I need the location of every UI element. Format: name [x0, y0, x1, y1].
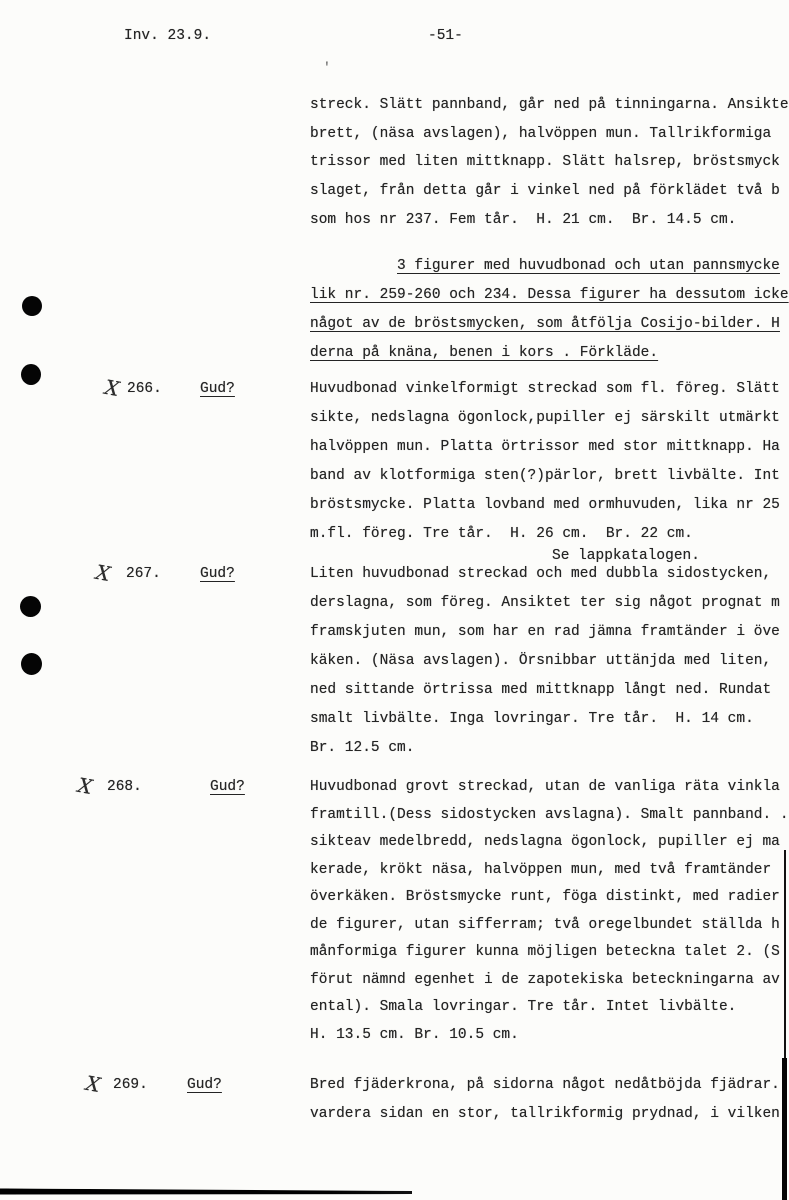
- text-line: förut nämnd egenhet i de zapotekiska bet…: [310, 972, 789, 1000]
- entry-label: Gud?: [210, 779, 245, 795]
- text-line: framtill.(Dess sidostycken avslagna). Sm…: [310, 807, 789, 835]
- punch-hole-dot: [21, 653, 42, 675]
- handwritten-x-mark: X: [94, 560, 112, 586]
- text-line: brett, (näsa avslagen), halvöppen mun. T…: [310, 126, 789, 155]
- text-line: månformiga figurer kunna möjligen beteck…: [310, 944, 789, 972]
- text-line: framskjuten mun, som har en rad jämna fr…: [310, 624, 789, 653]
- text-line: vardera sidan en stor, tallrikformig pry…: [310, 1106, 789, 1135]
- entry-label: Gud?: [200, 566, 235, 582]
- page-number: -51-: [428, 28, 463, 44]
- text-line: Bred fjäderkrona, på sidorna något nedåt…: [310, 1077, 789, 1106]
- text-line: sikte, nedslagna ögonlock,pupiller ej sä…: [310, 410, 789, 439]
- entry-266-catalog-note: Se lappkatalogen.: [552, 548, 700, 564]
- text-line: ental). Smala lovringar. Tre tår. Intet …: [310, 999, 789, 1027]
- entry-label: Gud?: [200, 381, 235, 397]
- document-page: Inv. 23.9. -51- ' streck. Slätt pannband…: [0, 0, 789, 1200]
- entry-266-text: Huvudbonad vinkelformigt streckad som fl…: [310, 381, 789, 555]
- text-line: kerade, krökt näsa, halvöppen mun, med t…: [310, 862, 789, 890]
- text-line: m.fl. föreg. Tre tår. H. 26 cm. Br. 22 c…: [310, 526, 789, 555]
- text-line: något av de bröstsmycken, som åtfölja Co…: [310, 316, 789, 345]
- handwritten-x-mark: X: [103, 375, 121, 401]
- entry-267-text: Liten huvudbonad streckad och med dubbla…: [310, 566, 789, 769]
- paragraph-continuation: streck. Slätt pannband, går ned på tinni…: [310, 97, 789, 240]
- text-line: 3 figurer med huvudbonad och utan pannsm…: [310, 258, 789, 287]
- text-line: ned sittande örtrissa med mittknapp lång…: [310, 682, 789, 711]
- entry-label: Gud?: [187, 1077, 222, 1093]
- text-line: band av klotformiga sten(?)pärlor, brett…: [310, 468, 789, 497]
- scan-edge-right: [784, 850, 786, 1065]
- text-line: derna på knäna, benen i kors . Förkläde.: [310, 345, 789, 374]
- text-line: Liten huvudbonad streckad och med dubbla…: [310, 566, 789, 595]
- text-line: lik nr. 259-260 och 234. Dessa figurer h…: [310, 287, 789, 316]
- text-line: smalt livbälte. Inga lovringar. Tre tår.…: [310, 711, 789, 740]
- entry-row-266: X 266. Gud?: [0, 381, 310, 411]
- entry-number: 267.: [126, 566, 161, 582]
- entry-number: 268.: [107, 779, 142, 795]
- text-line: de figurer, utan sifferram; två oregelbu…: [310, 917, 789, 945]
- entry-row-267: X 267. Gud?: [0, 566, 310, 596]
- entry-number: 266.: [127, 381, 162, 397]
- text-line: derslagna, som föreg. Ansiktet ter sig n…: [310, 595, 789, 624]
- text-line: streck. Slätt pannband, går ned på tinni…: [310, 97, 789, 126]
- text-line: slaget, från detta går i vinkel ned på f…: [310, 183, 789, 212]
- entry-269-text: Bred fjäderkrona, på sidorna något nedåt…: [310, 1077, 789, 1135]
- scan-edge-right: [782, 1058, 787, 1200]
- text-line: överkäken. Bröstsmycke runt, föga distin…: [310, 889, 789, 917]
- paragraph-group-note-underlined: 3 figurer med huvudbonad och utan pannsm…: [310, 258, 789, 374]
- text-line: sikteav medelbredd, nedslagna ögonlock, …: [310, 834, 789, 862]
- entry-row-268: X 268. Gud?: [0, 779, 310, 809]
- text-line: käken. (Näsa avslagen). Örsnibbar uttänj…: [310, 653, 789, 682]
- entry-number: 269.: [113, 1077, 148, 1093]
- text-line: H. 13.5 cm. Br. 10.5 cm.: [310, 1027, 789, 1055]
- punch-hole-dot: [22, 296, 42, 316]
- handwritten-x-mark: X: [76, 773, 94, 799]
- text-line: bröstsmycke. Platta lovband med ormhuvud…: [310, 497, 789, 526]
- punch-hole-dot: [21, 364, 41, 385]
- inventory-label: Inv. 23.9.: [124, 28, 211, 44]
- text-line: Huvudbonad grovt streckad, utan de vanli…: [310, 779, 789, 807]
- text-line: som hos nr 237. Fem tår. H. 21 cm. Br. 1…: [310, 212, 789, 241]
- handwritten-x-mark: X: [84, 1071, 102, 1097]
- text-line: trissor med liten mittknapp. Slätt halsr…: [310, 154, 789, 183]
- stray-mark: ': [323, 60, 331, 75]
- entry-268-text: Huvudbonad grovt streckad, utan de vanli…: [310, 779, 789, 1054]
- text-line: halvöppen mun. Platta örtrissor med stor…: [310, 439, 789, 468]
- punch-hole-dot: [20, 596, 41, 617]
- text-line: Br. 12.5 cm.: [310, 740, 789, 769]
- entry-row-269: X 269. Gud?: [0, 1077, 310, 1107]
- text-line: Huvudbonad vinkelformigt streckad som fl…: [310, 381, 789, 410]
- scan-edge-bottom: [0, 1188, 412, 1195]
